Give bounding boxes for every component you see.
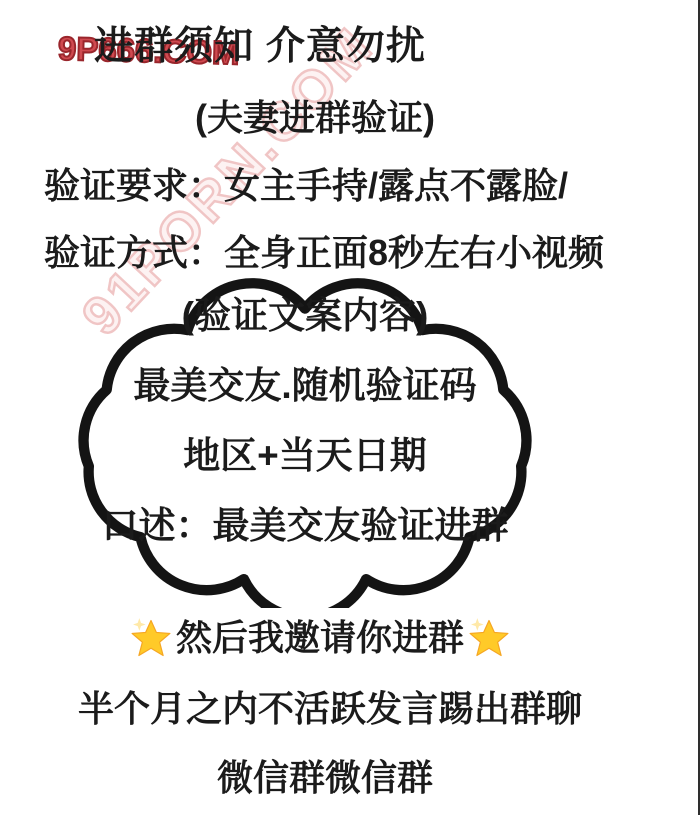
verification-requirement-line: 验证要求：女主手持/露点不露脸/ xyxy=(44,164,568,207)
notice-title: 进群须知 介意勿扰 xyxy=(0,24,520,71)
star-icon xyxy=(468,617,510,659)
inactivity-rule-line: 半个月之内不活跃发言踢出群聊 xyxy=(0,687,660,730)
verification-method-line: 验证方式：全身正面8秒左右小视频 xyxy=(44,231,604,274)
footer-line: 微信群微信群 xyxy=(0,756,650,799)
notice-image: 9P666.COM 91PORN.COM 进群须知 介意勿扰 (夫妻进群验证) … xyxy=(0,0,700,815)
cloud-line-nickname: 最美交友.随机验证码 xyxy=(133,364,476,408)
star-icon xyxy=(130,617,172,659)
invite-text: 然后我邀请你进群 xyxy=(176,616,464,659)
verification-cloud: (验证文案内容) 最美交友.随机验证码 地区+当天日期 口述：最美交友验证进群 xyxy=(55,276,555,608)
cloud-header: (验证文案内容) xyxy=(182,294,429,338)
cloud-line-region-date: 地区+当天日期 xyxy=(183,434,427,478)
invite-line: 然后我邀请你进群 xyxy=(0,616,640,659)
notice-subtitle: (夫妻进群验证) xyxy=(0,96,630,139)
cloud-line-spoken: 口述：最美交友验证进群 xyxy=(102,504,509,548)
